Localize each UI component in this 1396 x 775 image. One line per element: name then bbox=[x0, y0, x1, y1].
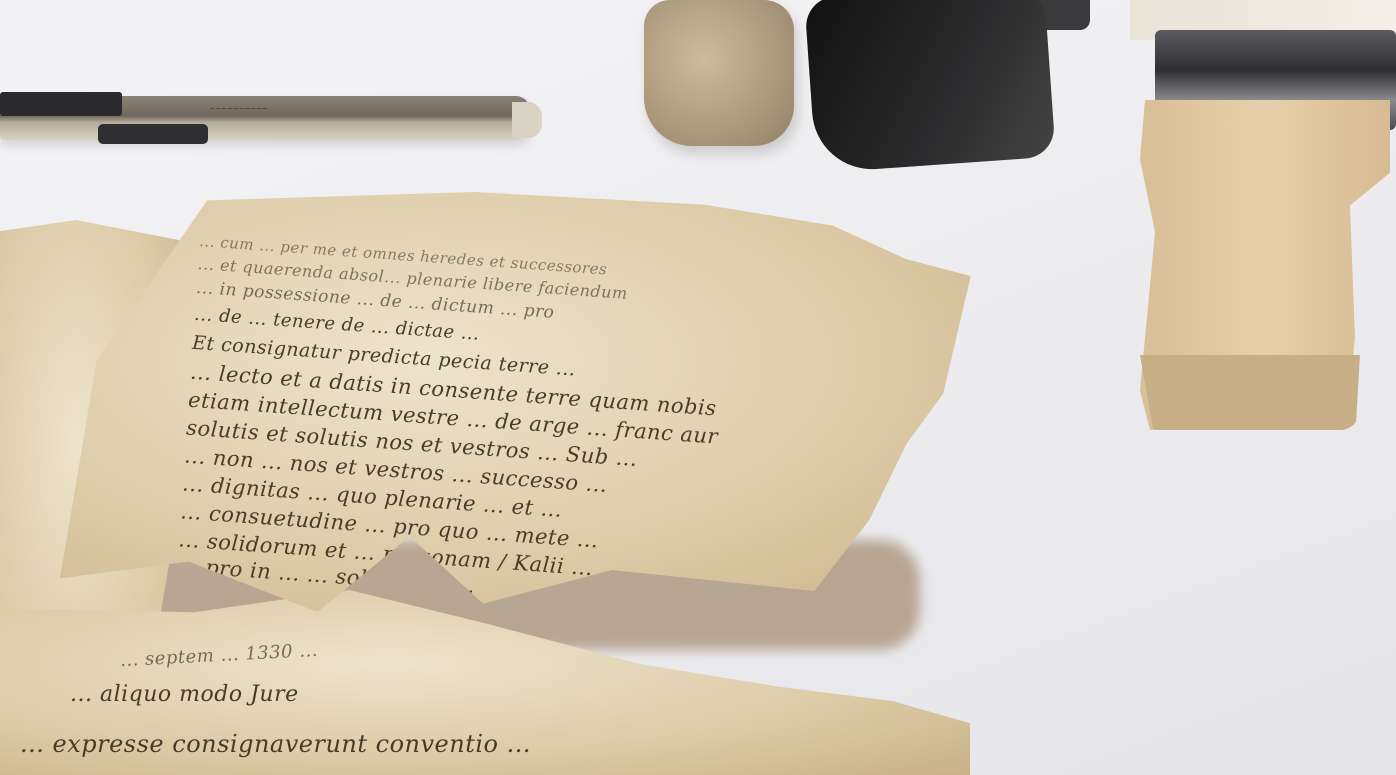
vacuum-brush bbox=[804, 0, 1056, 173]
script-line: ... expresse consignaverunt conventio ..… bbox=[20, 730, 531, 758]
knife-slider bbox=[98, 124, 208, 144]
script-line: ... septem ... 1330 ... bbox=[120, 640, 319, 671]
knife-cap bbox=[512, 102, 542, 138]
parchment-main-leaf: ... cum ... per me et omnes heredes et s… bbox=[60, 192, 980, 612]
brush-handle-end bbox=[1140, 355, 1360, 430]
script-line: ... aliquo modo Jure bbox=[70, 682, 299, 707]
knife-marking: ~~~~~~~~~~ bbox=[210, 104, 268, 113]
knife-grip bbox=[0, 92, 122, 116]
sponge bbox=[644, 0, 794, 146]
